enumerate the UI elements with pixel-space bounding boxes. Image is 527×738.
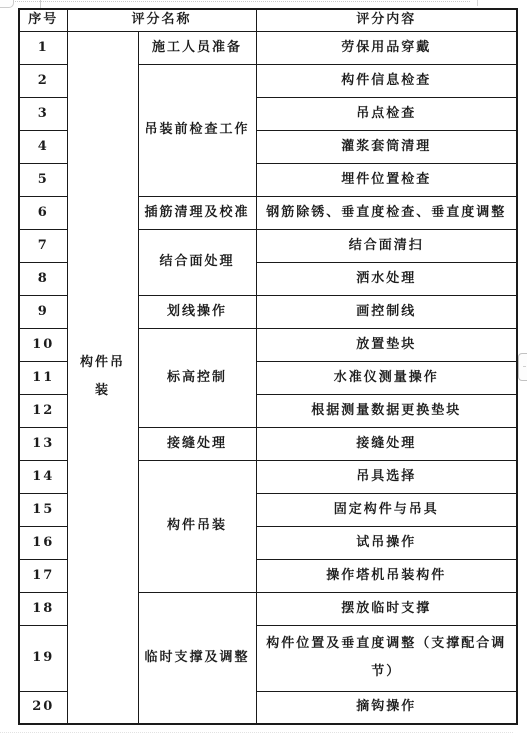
content-cell: 水准仪测量操作 xyxy=(256,361,517,394)
col-header-score-name: 评分名称 xyxy=(67,9,256,31)
row-number-cell: 14 xyxy=(19,460,67,493)
row-number-cell: 1 xyxy=(19,31,67,64)
content-cell: 灌浆套筒清理 xyxy=(256,130,517,163)
row-number-cell: 12 xyxy=(19,394,67,427)
scroll-widget-fragment xyxy=(518,353,527,381)
page-corner-fragment xyxy=(0,0,14,8)
col-header-score-content: 评分内容 xyxy=(256,9,517,31)
row-number-cell: 7 xyxy=(19,229,67,262)
row-number-cell: 8 xyxy=(19,262,67,295)
content-cell: 摆放临时支撑 xyxy=(256,592,517,625)
group-name-cell: 接缝处理 xyxy=(138,427,256,460)
content-cell: 摘钩操作 xyxy=(256,691,517,724)
page-boundary-line xyxy=(0,732,513,733)
content-cell: 劳保用品穿戴 xyxy=(256,31,517,64)
content-cell: 吊点检查 xyxy=(256,97,517,130)
content-cell: 接缝处理 xyxy=(256,427,517,460)
row-number-cell: 3 xyxy=(19,97,67,130)
group-name-cell: 施工人员准备 xyxy=(138,31,256,64)
row-number-cell: 6 xyxy=(19,196,67,229)
group-name-cell: 结合面处理 xyxy=(138,229,256,295)
row-number-cell: 17 xyxy=(19,559,67,592)
content-cell: 构件位置及垂直度调整（支撑配合调节） xyxy=(256,625,517,691)
header-row: 序号 评分名称 评分内容 xyxy=(19,9,517,31)
scroll-widget-dash xyxy=(523,366,526,367)
row-number-cell: 5 xyxy=(19,163,67,196)
category-cell: 构件吊装 xyxy=(67,31,138,724)
content-cell: 固定构件与吊具 xyxy=(256,493,517,526)
content-cell: 放置垫块 xyxy=(256,328,517,361)
row-number-cell: 19 xyxy=(19,625,67,691)
page-boundary-line xyxy=(8,1,470,2)
document-page: 序号 评分名称 评分内容 1构件吊装施工人员准备劳保用品穿戴2吊装前检查工作构件… xyxy=(0,0,527,738)
group-name-cell: 插筋清理及校准 xyxy=(138,196,256,229)
row-number-cell: 13 xyxy=(19,427,67,460)
content-cell: 结合面清扫 xyxy=(256,229,517,262)
content-cell: 埋件位置检查 xyxy=(256,163,517,196)
col-header-serial: 序号 xyxy=(19,9,67,31)
content-cell: 画控制线 xyxy=(256,295,517,328)
group-name-cell: 构件吊装 xyxy=(138,460,256,592)
content-cell: 构件信息检查 xyxy=(256,64,517,97)
content-cell: 洒水处理 xyxy=(256,262,517,295)
row-number-cell: 20 xyxy=(19,691,67,724)
table-row: 1构件吊装施工人员准备劳保用品穿戴 xyxy=(19,31,517,64)
column-guide-tick xyxy=(40,0,41,8)
row-number-cell: 11 xyxy=(19,361,67,394)
group-name-cell: 临时支撑及调整 xyxy=(138,592,256,724)
row-number-cell: 2 xyxy=(19,64,67,97)
row-number-cell: 16 xyxy=(19,526,67,559)
row-number-cell: 15 xyxy=(19,493,67,526)
row-number-cell: 18 xyxy=(19,592,67,625)
content-cell: 根据测量数据更换垫块 xyxy=(256,394,517,427)
row-number-cell: 10 xyxy=(19,328,67,361)
content-cell: 试吊操作 xyxy=(256,526,517,559)
group-name-cell: 标高控制 xyxy=(138,328,256,427)
column-guide-tick xyxy=(477,0,478,6)
row-number-cell: 9 xyxy=(19,295,67,328)
content-cell: 操作塔机吊装构件 xyxy=(256,559,517,592)
row-number-cell: 4 xyxy=(19,130,67,163)
content-cell: 钢筋除锈、垂直度检查、垂直度调整 xyxy=(256,196,517,229)
content-cell: 吊具选择 xyxy=(256,460,517,493)
group-name-cell: 划线操作 xyxy=(138,295,256,328)
table-body: 1构件吊装施工人员准备劳保用品穿戴2吊装前检查工作构件信息检查3吊点检查4灌浆套… xyxy=(19,31,517,724)
scoring-table: 序号 评分名称 评分内容 1构件吊装施工人员准备劳保用品穿戴2吊装前检查工作构件… xyxy=(18,8,518,725)
group-name-cell: 吊装前检查工作 xyxy=(138,64,256,196)
